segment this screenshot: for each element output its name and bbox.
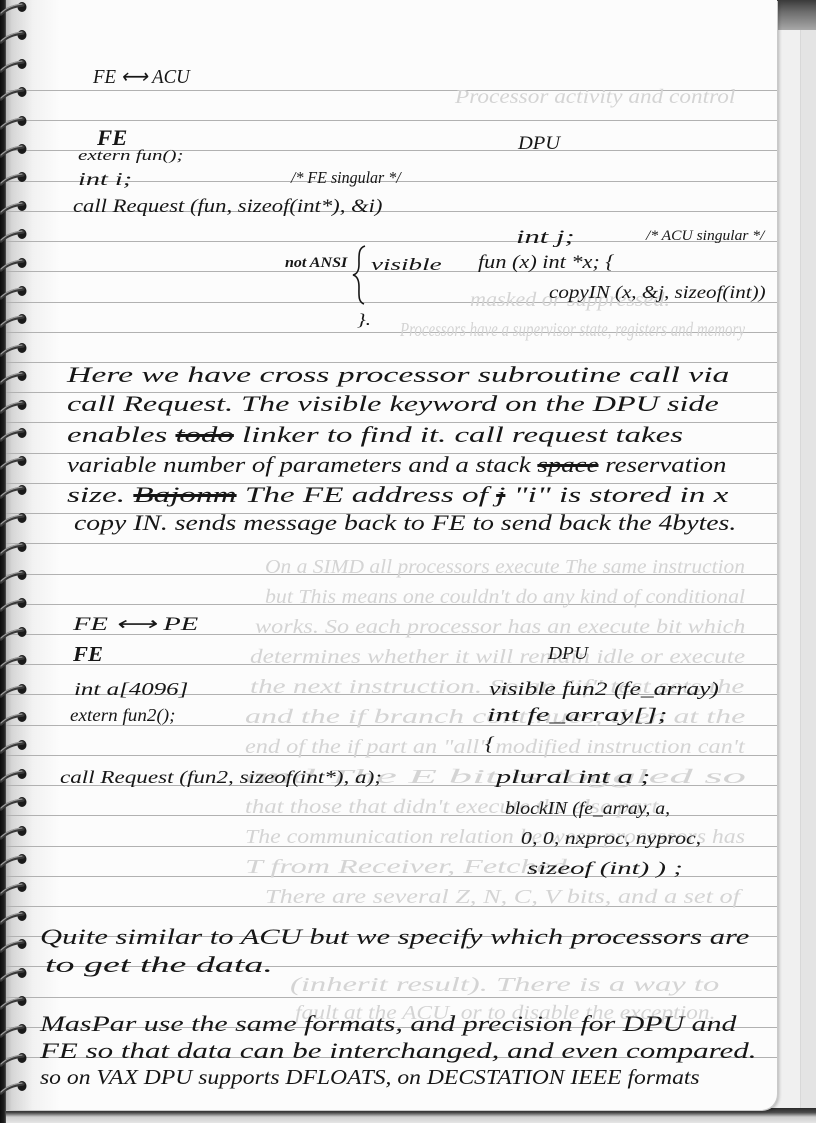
spiral-coil-icon xyxy=(0,537,30,559)
spiral-coil-icon xyxy=(0,735,30,757)
spiral-coil-icon xyxy=(0,224,30,246)
bleed-line: There are several Z, N, C, V bits, and a… xyxy=(265,887,740,907)
spiral-coil-icon xyxy=(0,281,30,303)
bleed-line: On a SIMD all processors execute The sam… xyxy=(265,557,745,577)
spiral-coil-icon xyxy=(0,0,30,19)
note-line: to get the data. xyxy=(45,954,273,976)
spiral-coil-icon xyxy=(0,991,30,1013)
spiral-coil-icon xyxy=(0,366,30,388)
section-title: FE ⟷ ACU xyxy=(93,67,190,87)
note-line: so on VAX DPU supports DFLOATS, on DECST… xyxy=(40,1067,700,1088)
spiral-coil-icon xyxy=(0,25,30,47)
spiral-coil-icon xyxy=(0,167,30,189)
spiral-coil-icon xyxy=(0,622,30,644)
dpu-label: DPU xyxy=(548,644,588,662)
scan-shadow xyxy=(772,0,816,30)
ruled-line xyxy=(4,120,777,121)
bleed-line: but This means one couldn't do any kind … xyxy=(265,587,745,607)
spiral-coil-icon xyxy=(0,451,30,473)
note-line: Quite similar to ACU but we specify whic… xyxy=(40,926,749,948)
code-line: call Request (fun, sizeof(int*), &i) xyxy=(73,197,382,216)
bleed-line: Processor activity and control xyxy=(455,87,735,107)
margin-annotation: not ANSI xyxy=(285,256,347,271)
note-text: size. xyxy=(67,482,133,507)
note-line: copy IN. sends message back to FE to sen… xyxy=(74,512,736,534)
spiral-coil-icon xyxy=(0,650,30,672)
spiral-coil-icon xyxy=(0,963,30,985)
note-line: size. Bajonm The FE address of j "i" is … xyxy=(67,484,728,506)
spiral-coil-icon xyxy=(0,764,30,786)
spiral-coil-icon xyxy=(0,792,30,814)
bleed-line: (inherit result). There is a way to xyxy=(290,975,719,995)
bleed-line: Processors have a supervisor state, regi… xyxy=(400,320,745,340)
code-line: sizeof (int) ) ; xyxy=(527,859,683,877)
bleed-line: works. So each processor has an execute … xyxy=(255,617,745,637)
note-line: enables todo linker to find it. call req… xyxy=(67,424,683,446)
spiral-coil-icon xyxy=(0,821,30,843)
note-text: "i" is stored in x xyxy=(505,482,728,507)
code-line: fun (x) int *x; { xyxy=(478,253,614,272)
ruled-line xyxy=(4,543,777,544)
note-line: call Request. The visible keyword on the… xyxy=(67,393,719,415)
code-comment: /* ACU singular */ xyxy=(646,229,764,244)
code-line: extern fun2(); xyxy=(70,706,176,724)
spiral-coil-icon xyxy=(0,707,30,729)
code-comment: /* FE singular */ xyxy=(291,169,401,186)
note-text: reservation xyxy=(599,452,727,477)
spiral-coil-icon xyxy=(0,1076,30,1098)
crossed-out-text: Bajonm xyxy=(133,482,236,507)
note-text: linker to find it. call request takes xyxy=(234,422,683,447)
spiral-coil-icon xyxy=(0,679,30,701)
note-line: variable number of parameters and a stac… xyxy=(67,454,726,476)
spiral-coil-icon xyxy=(0,593,30,615)
note-line: MasPar use the same formats, and precisi… xyxy=(40,1013,736,1035)
bleed-line: determines whether it will remain idle o… xyxy=(250,647,745,667)
dpu-label: DPU xyxy=(518,134,560,153)
code-line: int i; xyxy=(78,170,132,188)
crossed-out-text: space xyxy=(537,452,598,477)
code-line: int a[4096] xyxy=(74,680,188,698)
spiral-coil-icon xyxy=(0,139,30,161)
code-line: }. xyxy=(357,311,371,328)
spiral-coil-icon xyxy=(0,906,30,928)
scanned-notebook-page: Processor activity and control masked or… xyxy=(0,0,816,1123)
code-keyword: visible xyxy=(371,256,442,273)
crossed-out-text: j xyxy=(496,482,505,507)
ruled-line xyxy=(4,997,777,998)
spiral-coil-icon xyxy=(0,309,30,331)
code-line: blockIN (fe_array, a, xyxy=(505,799,670,817)
spiral-coil-icon xyxy=(0,253,30,275)
scan-bottom-edge xyxy=(0,1108,816,1123)
fe-label: FE xyxy=(97,127,127,149)
code-line: extern fun(); xyxy=(78,149,184,164)
spiral-coil-icon xyxy=(0,934,30,956)
code-line: plural int a ; xyxy=(496,768,650,787)
code-line: { xyxy=(485,735,495,754)
spiral-coil-icon xyxy=(0,395,30,417)
spiral-coil-icon xyxy=(0,338,30,360)
spiral-coil-icon xyxy=(0,508,30,530)
spiral-coil-icon xyxy=(0,82,30,104)
spiral-coil-icon xyxy=(0,877,30,899)
spiral-coil-icon xyxy=(0,423,30,445)
spiral-coil-icon xyxy=(0,54,30,76)
spiral-coil-icon xyxy=(0,1019,30,1041)
note-line: FE so that data can be interchanged, and… xyxy=(40,1040,757,1062)
code-line: visible fun2 (fe_array) xyxy=(489,680,719,699)
curly-brace-icon xyxy=(350,244,368,306)
spiral-coil-icon xyxy=(0,480,30,502)
bleed-line: T from Receiver, Fetched. xyxy=(245,857,575,877)
fe-label: FE xyxy=(73,644,103,665)
code-line: copyIN (x, &j, sizeof(int)) xyxy=(549,283,766,301)
code-line: 0, 0, nxproc, nyproc, xyxy=(521,829,701,847)
note-text: enables xyxy=(67,422,175,447)
spiral-coil-icon xyxy=(0,849,30,871)
note-text: variable number of parameters and a stac… xyxy=(67,452,537,477)
note-text: The FE address of xyxy=(237,482,497,507)
code-line: int fe_array[]; xyxy=(487,706,668,725)
spiral-coil-icon xyxy=(0,196,30,218)
code-line: call Request (fun2, sizeof(int*), a); xyxy=(60,768,382,786)
spiral-coil-icon xyxy=(0,565,30,587)
note-line: Here we have cross processor subroutine … xyxy=(67,364,729,386)
notebook-sheet: Processor activity and control masked or… xyxy=(0,0,777,1110)
crossed-out-text: todo xyxy=(175,422,233,447)
section-title: FE ⟷ PE xyxy=(73,615,198,634)
spiral-coil-icon xyxy=(0,111,30,133)
spiral-coil-icon xyxy=(0,1048,30,1070)
code-line: int j; xyxy=(516,228,575,247)
